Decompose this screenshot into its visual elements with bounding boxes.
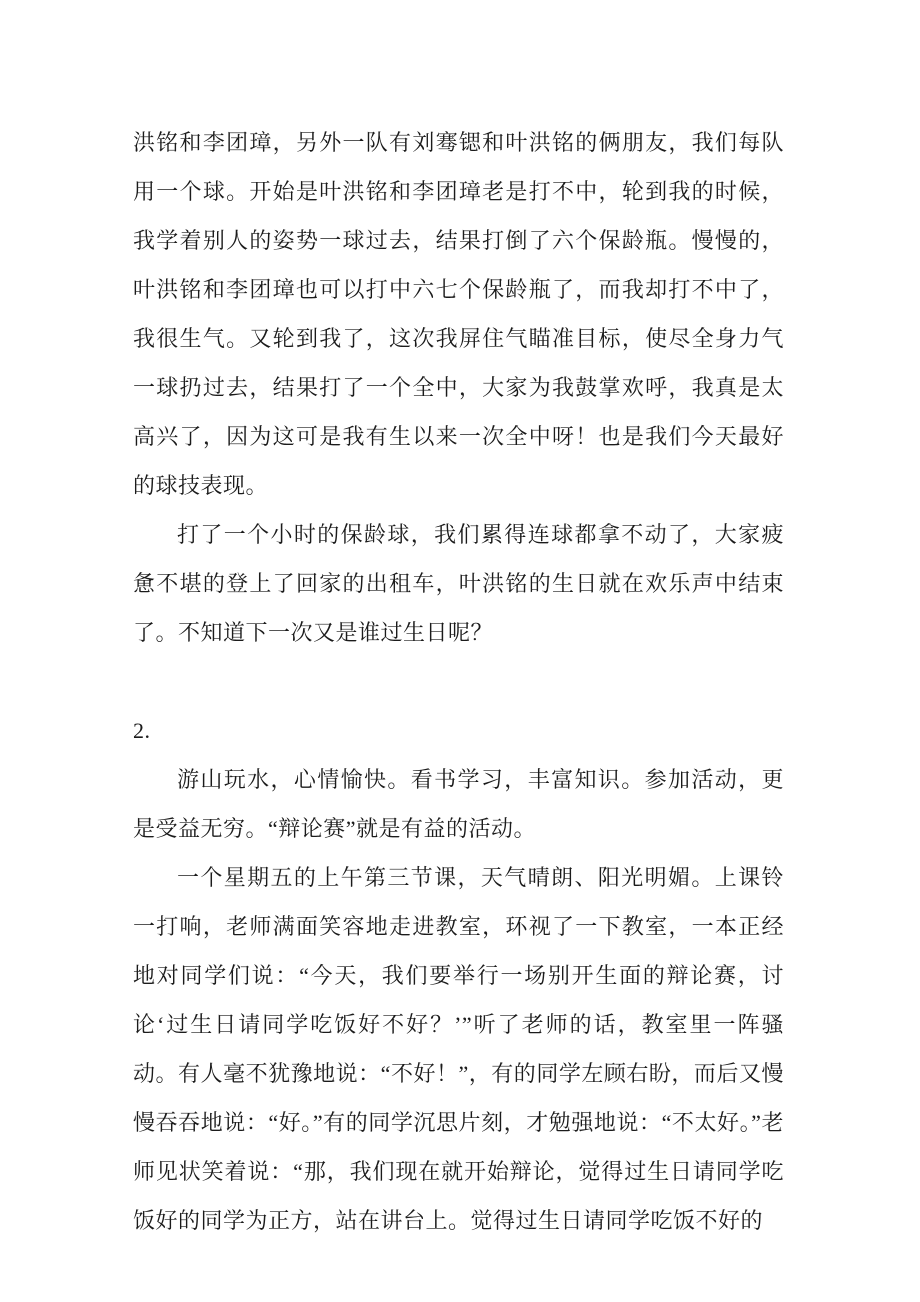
paragraph-debate-intro: 游山玩水，心情愉快。看书学习，丰富知识。参加活动，更是受益无穷。“辩论赛”就是有… [133, 755, 784, 853]
document-page: 洪铭和李团璋，另外一队有刘骞锶和叶洪铭的俩朋友，我们每队用一个球。开始是叶洪铭和… [0, 0, 920, 1302]
paragraph-bowling-ending: 打了一个小时的保龄球，我们累得连球都拿不动了，大家疲惫不堪的登上了回家的出租车，… [133, 510, 784, 657]
paragraph-debate-story: 一个星期五的上午第三节课，天气晴朗、阳光明媚。上课铃一打响，老师满面笑容地走进教… [133, 853, 784, 1245]
section-number: 2. [133, 706, 784, 755]
paragraph-bowling-continuation: 洪铭和李团璋，另外一队有刘骞锶和叶洪铭的俩朋友，我们每队用一个球。开始是叶洪铭和… [133, 118, 784, 510]
